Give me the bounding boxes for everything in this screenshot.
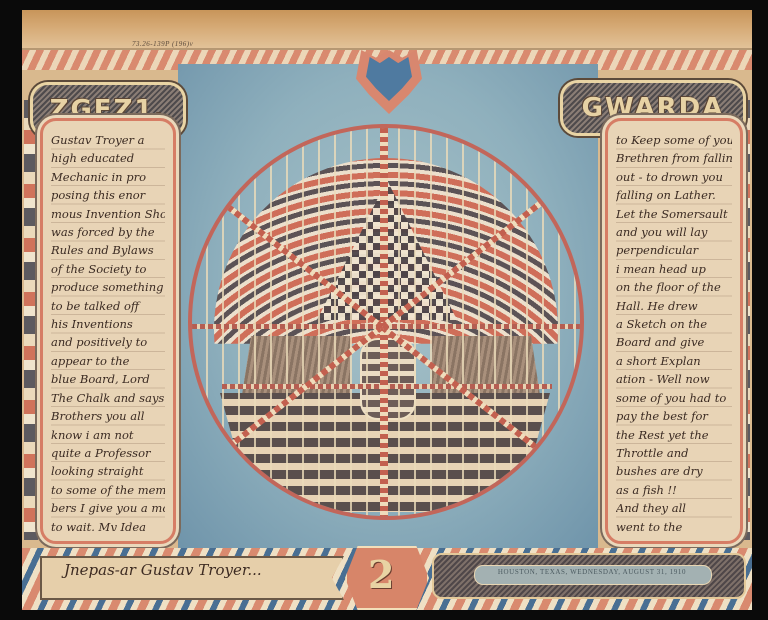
right-text-panel: to Keep some of you Brethren from fallin… [605,118,743,544]
left-column-ornament [24,100,38,540]
right-handwritten-text: to Keep some of you Brethren from fallin… [616,131,732,531]
left-text-panel: Gustav Troyer a high educated Mechanic i… [40,118,176,544]
signature-text: Jnepas-ar Gustav Troyer... [64,561,262,579]
circular-machine-drawing [188,124,584,520]
medallion-number: 2 [368,552,394,597]
newspaper-dateline: HOUSTON, TEXAS, WEDNESDAY, AUGUST 31, 19… [474,568,710,576]
left-handwritten-text: Gustav Troyer a high educated Mechanic i… [51,131,165,531]
catalog-number: 73.26-139P (196)v [132,40,193,48]
